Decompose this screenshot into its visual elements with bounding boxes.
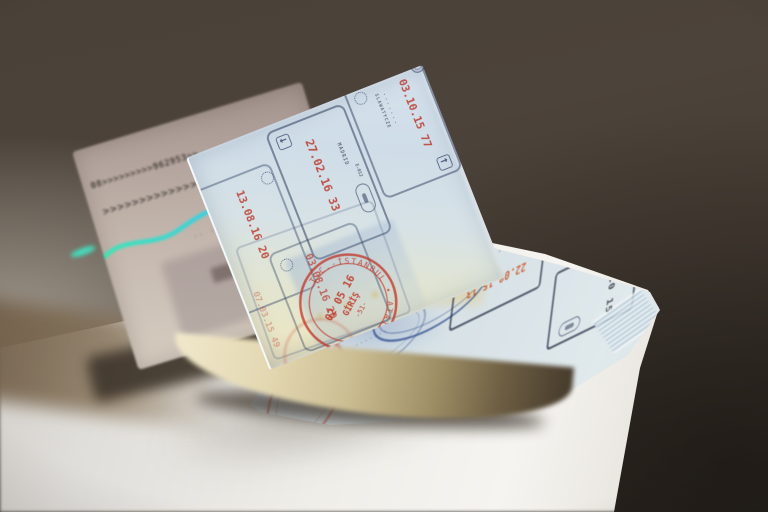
passport-photo-scene: 08>>>>>>>>>962953>> >>>>>>>>>>>>>>>>>>> … <box>0 0 768 512</box>
sun-icon <box>352 90 369 107</box>
top-right-date: 03.10.15 77 <box>396 77 435 150</box>
sun-icon <box>259 170 276 187</box>
arrow-right-icon: → <box>436 153 454 171</box>
arrow-left-icon: ← <box>275 133 293 151</box>
madrid-office: E-012 <box>353 163 363 177</box>
car-icon <box>558 314 581 339</box>
sun-icon <box>278 257 295 274</box>
madrid-city: MADRID <box>335 142 349 167</box>
